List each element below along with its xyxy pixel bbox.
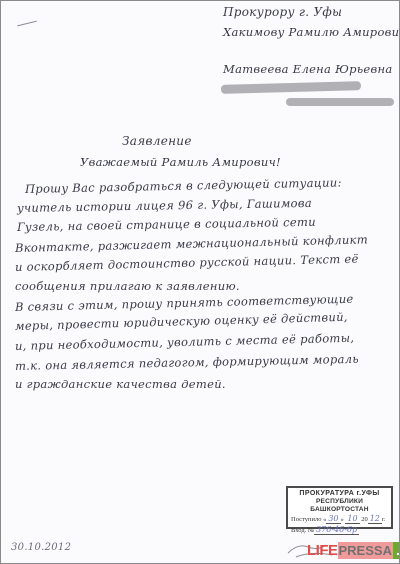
body-line: т.к. она является педагогом, формирующим… <box>15 352 359 373</box>
redacted-address-1 <box>221 81 361 94</box>
received-year-unit: г. <box>382 516 386 523</box>
incoming-label: Вход. № <box>291 527 314 534</box>
lifenews-watermark-logo: LIFEPRESSA.TV <box>307 542 400 559</box>
addressee-line-1: Прокурору г. Уфы <box>223 5 342 19</box>
received-day: 30 <box>326 514 340 524</box>
body-line: и, при необходимости, уволить с места её… <box>15 331 355 353</box>
received-sep: » <box>341 516 344 523</box>
stamp-incoming-row: Вход. №376-46-6р <box>291 525 388 536</box>
received-year-suffix: 12 <box>368 514 382 524</box>
received-label: Поступило « <box>291 516 326 523</box>
body-line: Прошу Вас разобраться в следующей ситуац… <box>25 175 342 196</box>
scanned-document-page: Прокурору г. Уфы Хакимову Рамилю Амирови… <box>0 0 400 564</box>
body-line: и оскорбляет достоинство русской нации. … <box>15 252 359 274</box>
watermark-pressa: PRESSA <box>338 542 393 559</box>
document-date: 30.10.2012 <box>11 542 71 553</box>
body-line: Гузель, на своей странице в социальной с… <box>17 215 316 234</box>
stamp-received-row: Поступило «30» 10 2012г. <box>291 514 388 525</box>
body-line: и гражданские качества детей. <box>15 377 226 391</box>
body-line: сообщения прилагаю к заявлению. <box>15 279 240 293</box>
body-line: Вконтакте, разжигает межнациональный кон… <box>15 232 368 255</box>
redacted-address-2 <box>286 98 394 106</box>
pen-mark <box>17 21 37 27</box>
prosecutor-office-stamp: ПРОКУРАТУРА г.УФЫ РЕСПУБЛИКИ БАШКОРТОСТА… <box>286 486 393 529</box>
sender-name: Матвеевa Елена Юрьевна <box>223 62 393 76</box>
addressee-line-2: Хакимову Рамилю Амировичу <box>223 25 400 39</box>
watermark-tv: .TV <box>393 542 400 559</box>
stamp-line-1: ПРОКУРАТУРА г.УФЫ <box>291 490 388 498</box>
watermark-life: LIFE <box>307 542 338 559</box>
body-line: учитель истории лицея 96 г. Уфы, Гашимов… <box>17 196 312 215</box>
body-line: меры, провести юридическую оценку её дей… <box>15 310 348 333</box>
stamp-line-2: РЕСПУБЛИКИ БАШКОРТОСТАН <box>291 498 388 514</box>
salutation: Уважаемый Рамиль Амирович! <box>80 155 281 169</box>
incoming-number: 376-46-6р <box>314 525 359 535</box>
received-year-prefix: 20 <box>361 516 368 523</box>
document-title: Заявление <box>122 134 192 148</box>
received-month: 10 <box>345 514 359 524</box>
